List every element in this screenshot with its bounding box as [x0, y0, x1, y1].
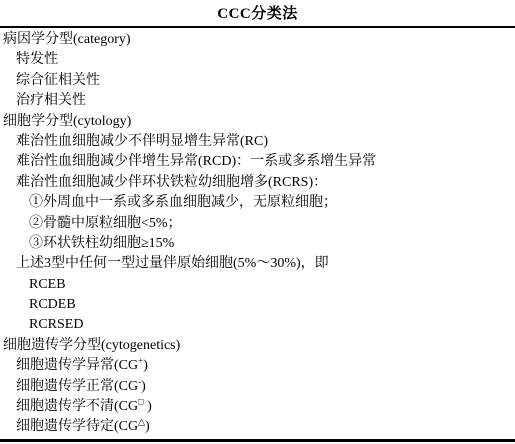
table-row: 难治性血细胞减少伴增生异常(RCD)：一系或多系增生异常 [0, 152, 515, 172]
table-row: 病因学分型(category) [0, 30, 515, 50]
row-text: 上述3型中任何一型过量伴原始细胞(5%～30%)，即 [16, 256, 329, 271]
row-text: RCRSED [29, 317, 83, 332]
table-row: ②骨髓中原粒细胞<5%； [0, 214, 515, 234]
table-row: 细胞遗传学不清(CG□ ) [0, 397, 515, 417]
table-row: RCDEB [0, 295, 515, 315]
table-body: 病因学分型(category) 特发性 综合征相关性 治疗相关性 细胞学分型(c… [0, 28, 515, 438]
table-row: 细胞遗传学待定(CG△) [0, 417, 515, 437]
row-text: 特发性 [16, 52, 58, 67]
row-text: ①外周血中一系或多系血细胞减少，无原粒细胞； [29, 195, 337, 210]
row-text: 难治性血细胞减少伴环状铁粒幼细胞增多(RCRS)： [16, 175, 327, 190]
row-text: 细胞遗传学不清(CG [16, 399, 138, 414]
classification-table: CCC分类法 病因学分型(category) 特发性 综合征相关性 治疗相关性 … [0, 0, 515, 444]
row-text: 细胞学分型(cytology) [3, 114, 131, 129]
table-row: 上述3型中任何一型过量伴原始细胞(5%～30%)，即 [0, 254, 515, 274]
table-row: 综合征相关性 [0, 71, 515, 91]
row-text: 病因学分型(category) [3, 32, 131, 47]
table-row: ③环状铁柱幼细胞≥15% [0, 234, 515, 254]
table-row: 细胞学分型(cytology) [0, 112, 515, 132]
row-text: 治疗相关性 [16, 93, 86, 108]
row-text: 难治性血细胞减少伴增生异常(RCD)：一系或多系增生异常 [16, 154, 376, 169]
row-tail: ) [143, 358, 148, 373]
row-tail: ) [144, 399, 152, 414]
table-row: 细胞遗传学分型(cytogenetics) [0, 336, 515, 356]
row-text: 细胞遗传学正常(CG [16, 379, 138, 394]
table-row: ①外周血中一系或多系血细胞减少，无原粒细胞； [0, 193, 515, 213]
table-row: RCEB [0, 275, 515, 295]
row-text: 难治性血细胞减少不伴明显增生异常(RC) [16, 134, 268, 149]
row-text: ②骨髓中原粒细胞<5%； [29, 216, 182, 231]
row-text: 细胞遗传学待定(CG [16, 419, 138, 434]
row-text: RCEB [29, 277, 66, 292]
table-row: 细胞遗传学异常(CG+) [0, 356, 515, 376]
row-text: 综合征相关性 [16, 73, 100, 88]
row-tail: ) [145, 419, 150, 434]
table-row: 治疗相关性 [0, 91, 515, 111]
row-text: 细胞遗传学异常(CG [16, 358, 138, 373]
row-text: RCDEB [29, 297, 76, 312]
bottom-rule [0, 439, 515, 442]
row-tail: ) [141, 379, 146, 394]
table-row: 细胞遗传学正常(CG-) [0, 377, 515, 397]
row-superscript: △ [138, 417, 145, 426]
row-text: ③环状铁柱幼细胞≥15% [29, 236, 174, 251]
row-text: 细胞遗传学分型(cytogenetics) [3, 338, 180, 353]
table-title: CCC分类法 [0, 0, 515, 26]
table-row: 难治性血细胞减少伴环状铁粒幼细胞增多(RCRS)： [0, 173, 515, 193]
table-row: 难治性血细胞减少不伴明显增生异常(RC) [0, 132, 515, 152]
table-row: RCRSED [0, 315, 515, 335]
table-row: 特发性 [0, 50, 515, 70]
